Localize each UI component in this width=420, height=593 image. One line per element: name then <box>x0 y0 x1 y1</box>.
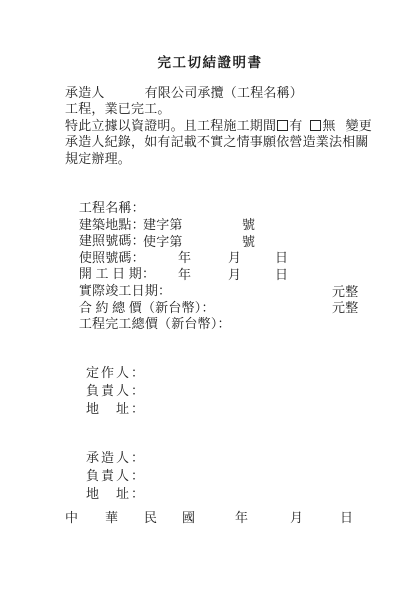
owner-label-row: 定作人： <box>65 346 146 363</box>
contractor-address-label: 地 址： <box>86 486 146 501</box>
owner-address-label: 地 址： <box>86 401 146 416</box>
intro-line-3: 特此立據以資證明。且工程施工期間 有 無 變更 <box>65 118 400 134</box>
roc-date-char: 中 <box>65 507 78 526</box>
project-name-row: 工程名稱： <box>65 181 420 198</box>
change-yes-checkbox[interactable] <box>277 120 288 131</box>
roc-date-line: 中 華 民 國 年 月 日 <box>65 507 375 524</box>
roc-date-month-label: 月 <box>290 507 303 526</box>
completion-total-row: 工程完工總價（新台幣）： 元整 <box>65 297 420 314</box>
roc-date-year-label: 年 <box>235 507 248 526</box>
intro-line-3-text: 特此立據以資證明。且工程施工期間 <box>65 118 276 134</box>
completion-date-row: 實際竣工日期： 年 月 日 <box>65 264 420 281</box>
intro-line-1: 承造人 有限公司承攬（工程名稱） <box>65 85 400 101</box>
roc-date-char: 國 <box>182 507 195 526</box>
intro-line-2: 工程，業已完工。 <box>65 101 400 117</box>
roc-date-char: 民 <box>144 507 157 526</box>
change-yes-label: 有 <box>289 118 302 134</box>
intro-line-4: 承造人紀錄，如有記載不實之情事願依營造業法相關 <box>65 134 400 150</box>
change-no-label: 無 <box>322 118 335 134</box>
building-permit-row: 建照號碼： 建字第 號 <box>65 214 420 231</box>
completion-total-amount-suffix: 元整 <box>332 297 358 316</box>
change-no-checkbox[interactable] <box>310 120 321 131</box>
roc-date-day-label: 日 <box>340 507 353 526</box>
intro-line-1-rest: 有限公司承攬（工程名稱） <box>145 85 303 101</box>
contract-total-row: 合 約 總 價（新台幣）： 元整 <box>65 281 420 298</box>
site-row: 建築地點： <box>65 198 420 215</box>
contractor-label: 承造人 <box>65 85 105 101</box>
owner-address-row: 地 址： <box>65 382 146 399</box>
contractor-label-row: 承造人： <box>65 431 146 448</box>
usage-permit-row: 使照號碼： 使字第 號 <box>65 231 420 248</box>
roc-date-char: 華 <box>105 507 118 526</box>
intro-line-3-suffix: 變更 <box>346 118 372 134</box>
contractor-name-blank <box>105 87 145 99</box>
intro-line-5: 規定辦理。 <box>65 151 400 167</box>
contractor-address-row: 地 址： <box>65 467 146 484</box>
completion-total-label: 工程完工總價（新台幣）： <box>79 316 231 331</box>
completion-affidavit-page: 完工切結證明書 承造人 有限公司承攬（工程名稱） 工程，業已完工。 特此立據以資… <box>0 0 420 593</box>
intro-paragraph: 承造人 有限公司承攬（工程名稱） 工程，業已完工。 特此立據以資證明。且工程施工… <box>65 85 400 167</box>
document-title: 完工切結證明書 <box>0 51 420 71</box>
owner-principal-row: 負責人： <box>65 364 146 381</box>
start-date-row: 開 工 日 期： 年 月 日 <box>65 247 420 264</box>
contractor-principal-row: 負責人： <box>65 449 146 466</box>
